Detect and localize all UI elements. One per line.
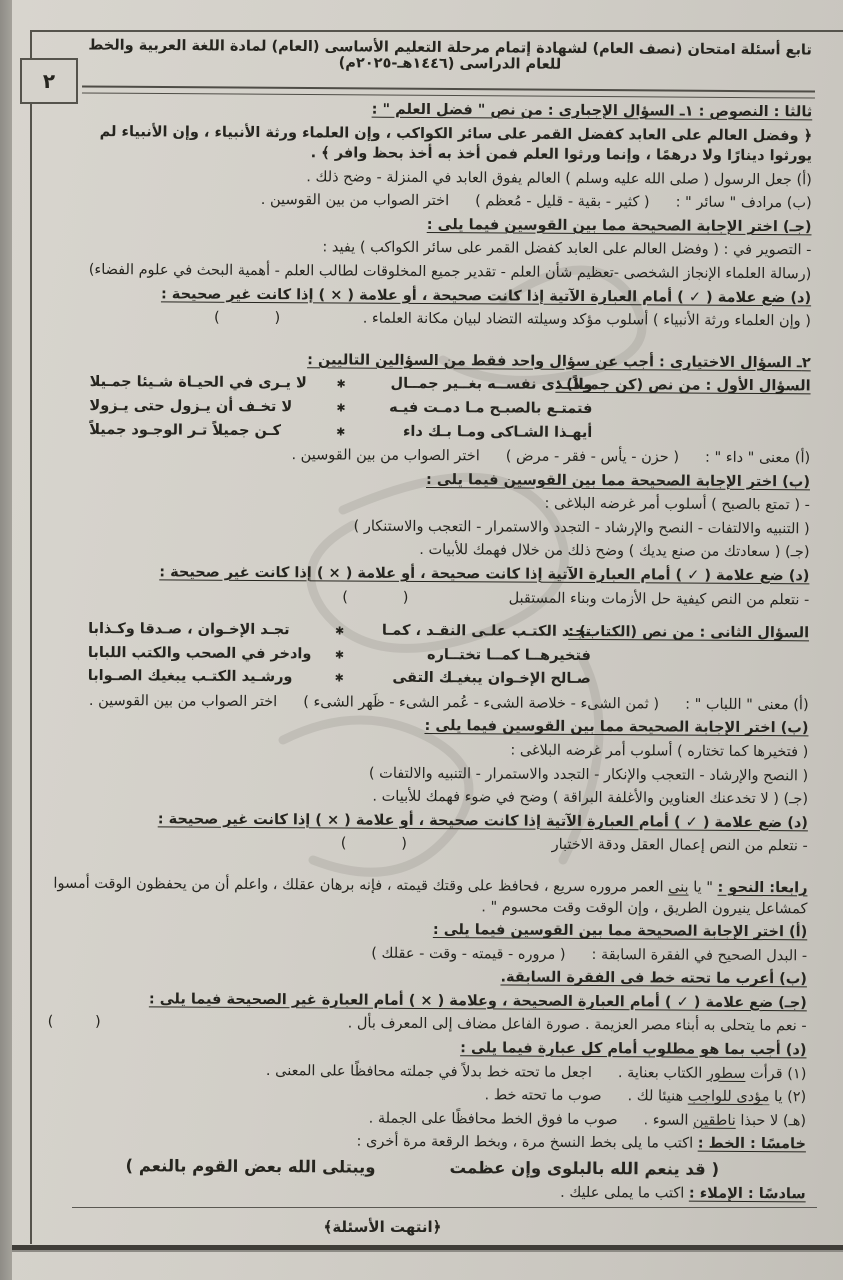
frame-top-line [32, 30, 843, 32]
verse-separator-icon: ✱ [321, 647, 358, 663]
grammar-item-d2-instruction: صوب ما تحته خط . [485, 1085, 602, 1106]
grammar-item-d2: (٢) يا مؤدى للواجب هنيئا لك . صوب ما تحت… [39, 1083, 806, 1108]
handwriting-instruction: اكتب ما يلى بخط النسخ مرة ، وبخط الرقعة … [357, 1134, 694, 1152]
first-question-title: السؤال الأول : من نص (كن جميلاً) : [555, 375, 810, 397]
verse-line: صـالح الإخـوان يبغيـك التقى ✱ ورشـيد الك… [88, 666, 591, 690]
header-double-rule [82, 85, 815, 98]
handwriting-section-label: خامسًا : الخط : [698, 1136, 806, 1153]
texts-item-c-options: (رسالة العلماء الإنجاز الشخصى -تعظيم شأن… [44, 260, 811, 285]
grammar-item-a-options: ( مروره - قيمته - وقت - عقلك ) [371, 943, 565, 965]
q1-item-a-instruction: اختر الصواب من بين القوسين . [291, 445, 479, 467]
hemistich: تجـد الإخـوان ، صـدقا وكـذابا [88, 619, 321, 641]
answer-brackets: ( ) [342, 587, 410, 608]
grammar-item-a: - البدل الصحيح في الفقرة السابقة : ( مرو… [40, 941, 807, 966]
q1-item-b-heading: (ب) اختر الإجابة الصحيحة مما بين القوسين… [43, 467, 810, 492]
verse-line: فتمتـع بالصبـح مـا دمـت فيـه ✱ لا تخـف أ… [89, 396, 592, 420]
paper: تابع أسئلة امتحان (نصف العام) لشهادة إتم… [12, 0, 843, 1280]
q1-item-d-stem: - نتعلم من النص كيفية حل الأزمات وبناء ا… [509, 588, 810, 610]
verse-line: تجـد الكتـب علـى النقـد ، كمـا ✱ تجـد ال… [88, 619, 591, 643]
grammar-passage-underlined: بنى [668, 879, 689, 895]
hemistich: تجـد الكتـب علـى النقـد ، كمـا [358, 621, 591, 643]
grammar-item-d-heading: (د) أجب بما هو مطلوب أمام كل عبارة فيما … [39, 1036, 806, 1061]
q2-item-a-instruction: اختر الصواب من بين القوسين . [89, 691, 277, 713]
scanned-exam-page: تابع أسئلة امتحان (نصف العام) لشهادة إتم… [0, 0, 843, 1280]
e-post: السوء . [643, 1112, 693, 1128]
footer-rule [72, 1207, 817, 1208]
texts-item-b-label: (ب) مرادف " سائر " : [676, 193, 812, 214]
grammar-item-c-heading: (جـ) ضع علامة ( ✓ ) أمام العبارة الصحيحة… [40, 988, 807, 1013]
hemistich: فتخيرهــا كمــا تختــاره [358, 644, 591, 666]
optional-question-heading: ٢ـ السؤال الاختيارى : أجب عن سؤال واحد ف… [44, 348, 811, 373]
hemistich: صـالح الإخـوان يبغيـك التقى [358, 668, 591, 690]
prophetic-quote: ﴿ وفضل العالم على العابد كفضل القمر على … [45, 121, 812, 167]
verse-line: فتخيرهــا كمــا تختــاره ✱ وادخر في الصح… [88, 643, 591, 667]
q2-item-d-heading: (د) ضع علامة ( ✓ ) أمام العبارة الآتية إ… [41, 808, 808, 833]
verse-separator-icon: ✱ [322, 377, 359, 393]
d1-post: الكتاب بعناية . [618, 1065, 707, 1082]
q1-item-a: (أ) معنى " داء " : ( حزن - يأس - فقر - م… [43, 444, 810, 469]
answer-brackets: ( ) [214, 308, 282, 329]
handwriting-section: خامسًا : الخط : اكتب ما يلى بخط النسخ مر… [39, 1130, 806, 1155]
texts-item-c-heading: (جـ) اختر الإجابة الصحيحة مما بين القوسي… [45, 213, 812, 238]
grammar-item-d1-instruction: اجعل ما تحته خط بدلاً في جملته محافظًا ع… [266, 1061, 592, 1084]
handwriting-verse: ( قد ينعم الله بالبلوى وإن عظمت ويبتلى ا… [39, 1154, 806, 1182]
grammar-item-a-heading: (أ) اختر الإجابة الصحيحة مما بين القوسين… [40, 918, 807, 943]
q2-item-d-stem: - نتعلم من النص إعمال العقل ودقة الاختبا… [552, 835, 808, 857]
e-pre: (هـ) لا حبذا [736, 1113, 806, 1129]
poem-kon-jamilan: والــذى نفســه بغــير جمــال ✱ لا يـرى ف… [89, 372, 592, 443]
texts-item-a: (أ) جعل الرسول ( صلى الله عليه وسلم ) ال… [45, 165, 812, 190]
hemistich: وادخر في الصحب والكتب اللبابا [88, 643, 321, 665]
grammar-section-label: رابعا: النحو : [718, 880, 808, 897]
exam-header-title: تابع أسئلة امتحان (نصف العام) لشهادة إتم… [87, 37, 813, 74]
q2-item-b-stem: ( فتخيرها كما تختاره ) أسلوب أمر غرضه ال… [41, 738, 808, 763]
exam-content: ثالثا : النصوص : ١ـ السؤال الإجبارى : من… [39, 98, 813, 1195]
q1-item-a-options: ( حزن - يأس - فقر - مرض ) [506, 447, 679, 469]
q2-item-a: (أ) معنى " اللباب " : ( ثمن الشىء - خلاص… [42, 691, 809, 716]
verse-separator-icon: ✱ [321, 671, 358, 687]
q2-item-a-options: ( ثمن الشىء - خلاصة الشىء - عُمر الشىء -… [303, 692, 659, 715]
answer-brackets: ( ) [341, 834, 409, 855]
handwriting-verse-second: ويبتلى الله بعض القوم بالنعم ) [126, 1154, 376, 1179]
page-number: ٢ [43, 69, 55, 93]
grammar-item-d2-sentence: (٢) يا مؤدى للواجب هنيئا لك . [627, 1086, 806, 1108]
verse-separator-icon: ✱ [321, 624, 358, 640]
frame-bottom-line [12, 1245, 843, 1250]
d2-pre: (٢) يا [769, 1089, 806, 1105]
grammar-item-e-instruction: صوب ما فوق الخط محافظًا على الجملة . [369, 1108, 618, 1130]
grammar-item-c-stem: - نعم ما يتحلى به أبناء مصر العزيمة . صو… [348, 1014, 807, 1037]
q2-item-d-statement: - نتعلم من النص إعمال العقل ودقة الاختبا… [41, 832, 808, 857]
handwriting-verse-first: ( قد ينعم الله بالبلوى وإن عظمت [449, 1156, 719, 1181]
d1-pre: (١) قرأت [745, 1066, 806, 1082]
verse-separator-icon: ✱ [322, 400, 359, 416]
e-underlined: ناطقين [693, 1112, 736, 1128]
q2-item-a-label: (أ) معنى " اللباب " : [685, 694, 809, 715]
grammar-passage-pre: " يا [689, 880, 713, 896]
q2-item-b-options: ( النصح والإرشاد - التعجب والإنكار - الت… [41, 761, 808, 786]
q1-item-b-options: ( التنبيه والالتفات - النصح والإرشاد - ا… [43, 514, 810, 539]
verse-line: أيهـذا الشـاكى ومـا بـك داء ✱ كـن جميلاً… [89, 419, 592, 443]
hemistich: كـن جميلاً تـر الوجـود جميلاً [89, 419, 322, 441]
texts-item-d-statement: ( وإن العلماء ورثة الأنبياء ) أسلوب مؤكد… [44, 307, 811, 332]
d2-post: هنيئا لك . [628, 1088, 688, 1104]
grammar-passage: رابعا: النحو : " يا بنى العمر مروره سريع… [40, 874, 807, 920]
verse-separator-icon: ✱ [322, 424, 359, 440]
q1-item-d-statement: - نتعلم من النص كيفية حل الأزمات وبناء ا… [42, 585, 809, 610]
q2-item-b-heading: (ب) اختر الإجابة الصحيحة مما بين القوسين… [41, 714, 808, 739]
grammar-item-d1: (١) قرأت سطور الكتاب بعناية . اجعل ما تح… [39, 1059, 806, 1084]
q2-item-c: (جـ) ( لا تخدعنك العناوين والأغلفة البرا… [41, 785, 808, 810]
texts-item-d-heading: (د) ضع علامة ( ✓ ) أمام العبارة الآتية إ… [44, 283, 811, 308]
frame-left-line [30, 30, 32, 1244]
texts-section-heading: ثالثا : النصوص : ١ـ السؤال الإجبارى : من… [45, 98, 812, 123]
d1-underlined: سطور [707, 1065, 746, 1081]
poem-alkitab: تجـد الكتـب علـى النقـد ، كمـا ✱ تجـد ال… [88, 619, 591, 690]
texts-item-d-stem: ( وإن العلماء ورثة الأنبياء ) أسلوب مؤكد… [363, 309, 811, 332]
grammar-item-c-statement: - نعم ما يتحلى به أبناء مصر العزيمة . صو… [40, 1012, 807, 1037]
grammar-item-a-stem: - البدل الصحيح في الفقرة السابقة : [592, 945, 808, 967]
hemistich: ورشـيد الكتـب يبغيك الصـوابا [88, 666, 321, 688]
grammar-item-e: (هـ) لا حبذا ناطقين السوء . صوب ما فوق ا… [39, 1106, 806, 1131]
verse-line: والــذى نفســه بغــير جمــال ✱ لا يـرى ف… [90, 372, 593, 396]
texts-item-b: (ب) مرادف " سائر " : ( كثير - بقية - قلي… [45, 189, 812, 214]
answer-brackets: ( ) [48, 1012, 103, 1033]
grammar-item-b: (ب) أعرب ما تحته خط فى الفقرة السابقة. [40, 965, 807, 990]
first-question-poem-block: السؤال الأول : من نص (كن جميلاً) : والــ… [43, 372, 810, 444]
dictation-section: سادسًا : الإملاء : اكتب ما يملى عليك . [39, 1180, 806, 1205]
d2-underlined: مؤدى للواجب [688, 1089, 770, 1105]
dictation-instruction: اكتب ما يملى عليك . [560, 1185, 684, 1202]
end-of-questions: ﴿انتهت الأسئلة﴾ [12, 1218, 753, 1236]
texts-item-b-options: ( كثير - بقية - قليل - مُعظم ) [475, 192, 650, 214]
hemistich: فتمتـع بالصبـح مـا دمـت فيـه [360, 398, 593, 420]
grammar-item-e-sentence: (هـ) لا حبذا ناطقين السوء . [643, 1110, 806, 1132]
hemistich: أيهـذا الشـاكى ومـا بـك داء [359, 421, 592, 443]
texts-item-c-stem: - التصوير في : ( وفضل العالم على العابد … [44, 236, 811, 261]
q1-item-a-label: (أ) معنى " داء " : [705, 448, 810, 469]
grammar-item-d1-sentence: (١) قرأت سطور الكتاب بعناية . [618, 1063, 807, 1085]
q1-item-b-stem: - ( تمتع بالصبح ) أسلوب أمر غرضه البلاغى… [43, 491, 810, 516]
second-question-title: السؤال الثانى : من نص (الكتاب) : [568, 622, 809, 644]
q1-item-d-heading: (د) ضع علامة ( ✓ ) أمام العبارة الآتية إ… [42, 562, 809, 587]
q1-item-c: (جـ) ( سعادتك من صنع يديك ) وضح ذلك من خ… [43, 538, 810, 563]
hemistich: لا تخـف أن يـزول حتى يـزولا [89, 396, 322, 418]
scan-edge-shadow [0, 0, 12, 1280]
dictation-section-label: سادسًا : الإملاء : [689, 1186, 806, 1203]
second-question-poem-block: السؤال الثانى : من نص (الكتاب) : تجـد ال… [42, 619, 809, 691]
texts-item-b-instruction: اختر الصواب من بين القوسين . [261, 190, 449, 212]
hemistich: لا يـرى في الحيـاة شـيئا جمـيلا [90, 372, 323, 394]
